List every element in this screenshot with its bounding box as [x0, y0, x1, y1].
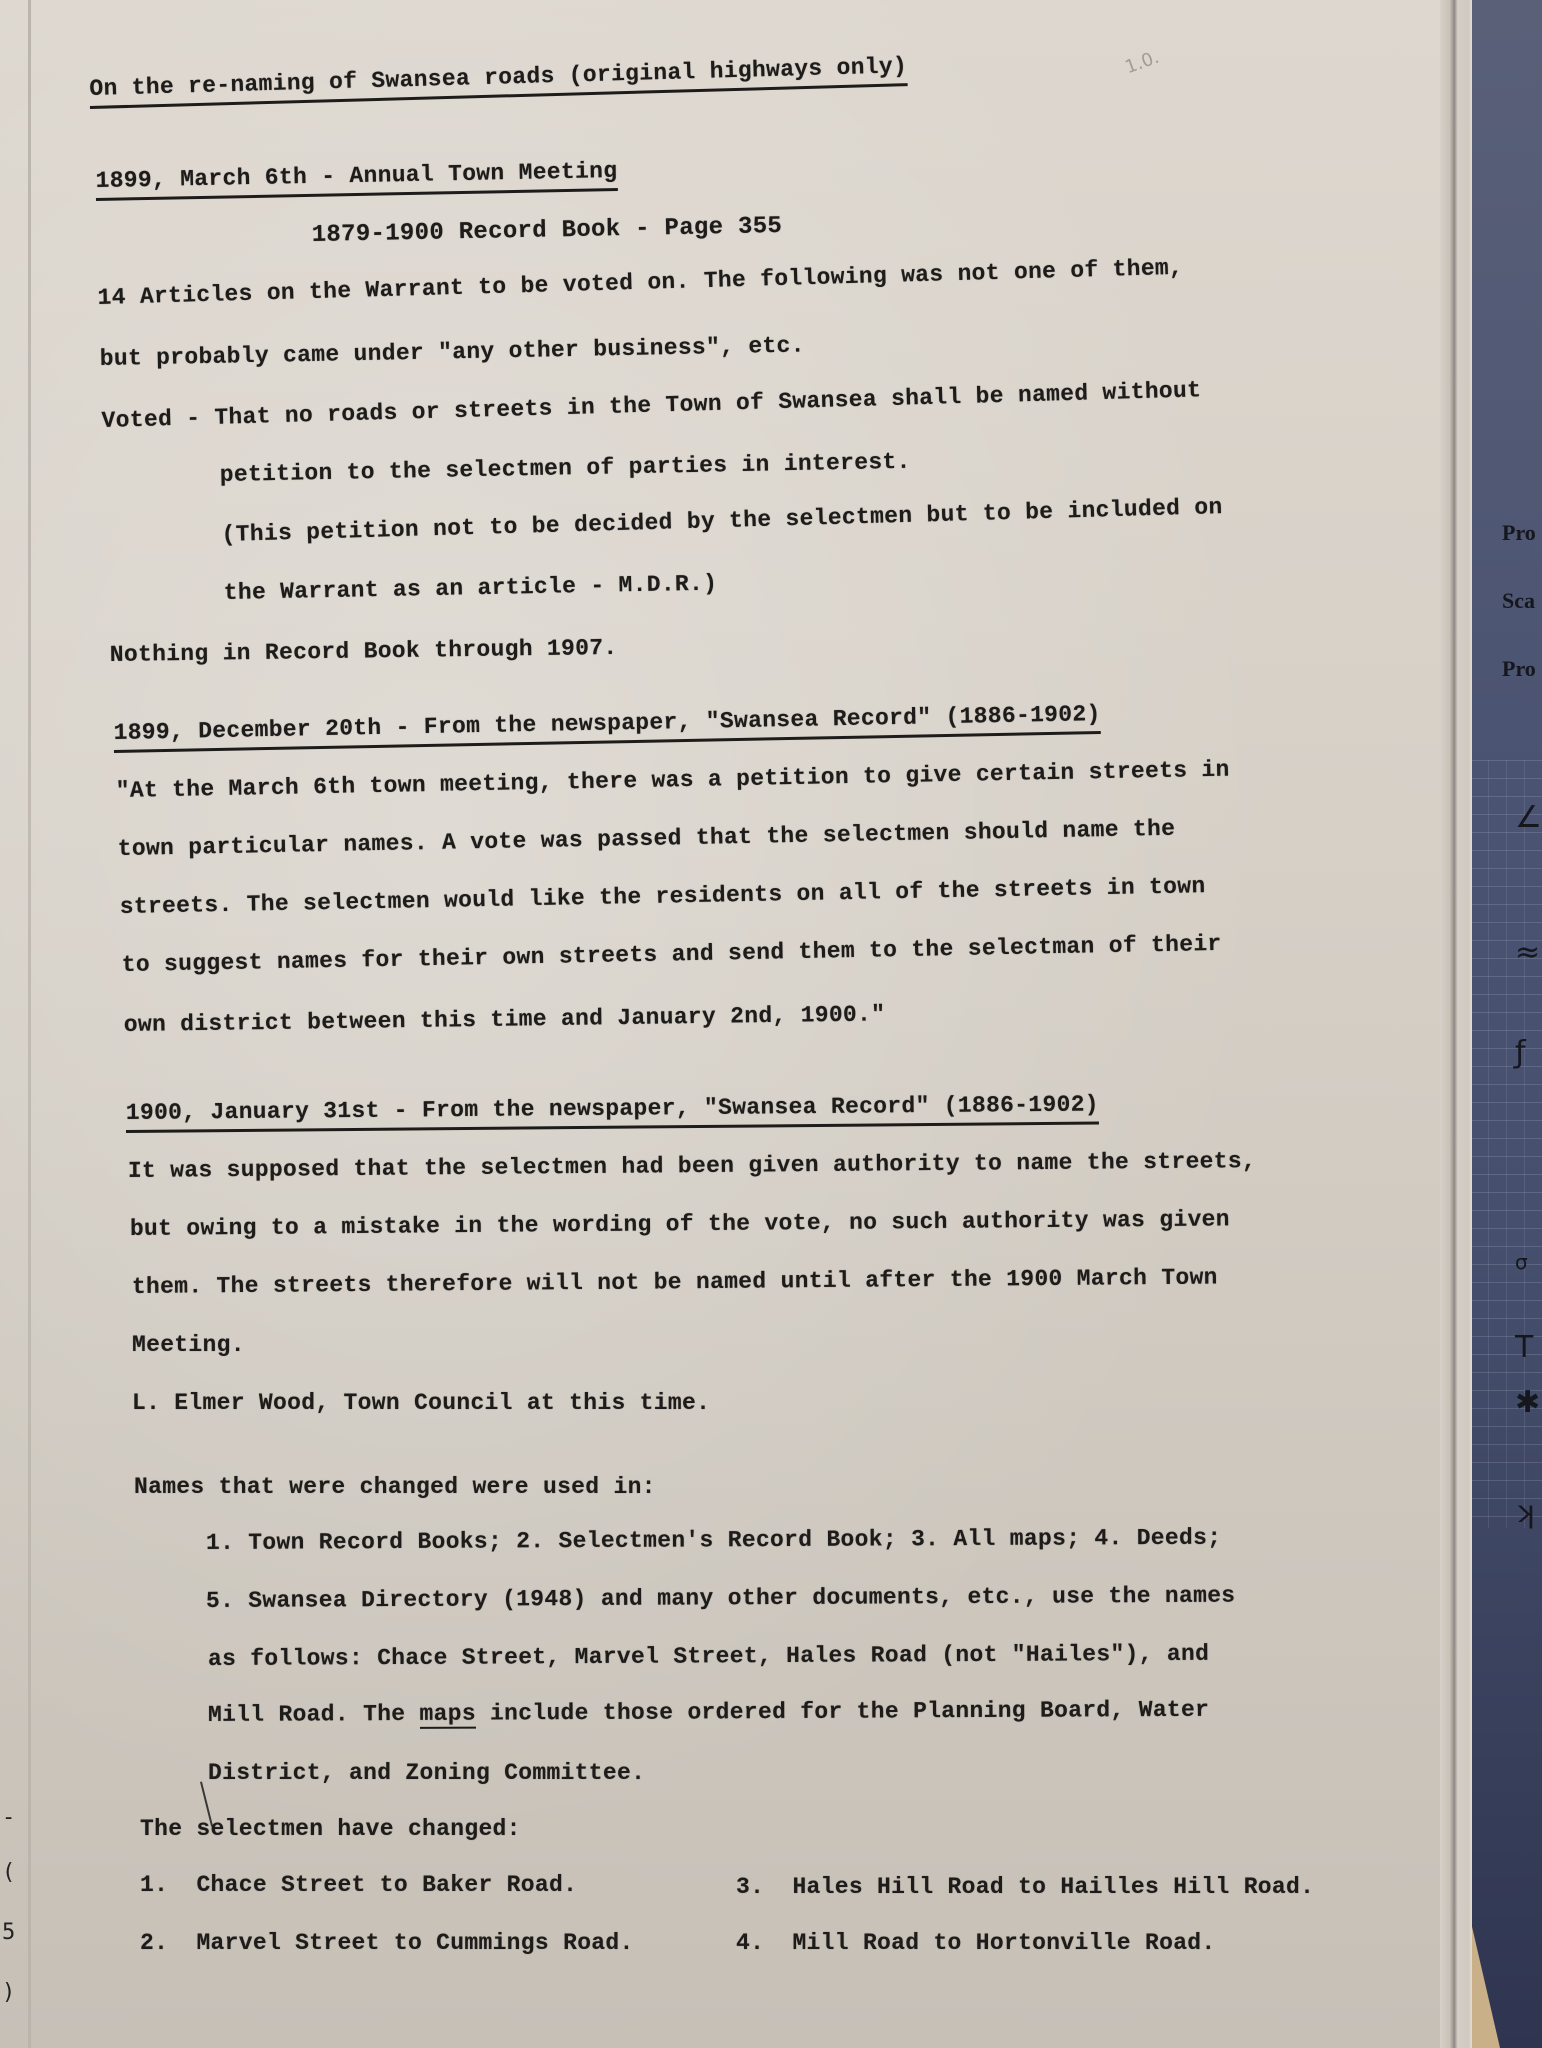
body-line: but probably came under "any other busin…: [100, 332, 805, 372]
maps-line-prefix: Mill Road. The: [208, 1701, 420, 1728]
change-text: Mill Road to Hortonville Road.: [792, 1930, 1215, 1956]
change-item: 4. Mill Road to Hortonville Road.: [736, 1930, 1216, 1956]
handwriting-mark: T: [1515, 1330, 1533, 1365]
side-label: Sca: [1502, 588, 1535, 614]
change-number: 2.: [140, 1930, 168, 1956]
change-text: Marvel Street to Cummings Road.: [196, 1930, 633, 1956]
side-label: Pro: [1502, 656, 1536, 682]
changes-intro: The selectmen have changed:: [140, 1816, 521, 1842]
page-crease: [28, 0, 31, 2048]
body-line: "At the March 6th town meeting, there wa…: [116, 757, 1230, 804]
maps-line-suffix: include those ordered for the Planning B…: [476, 1697, 1209, 1727]
section-heading: 1899, March 6th - Annual Town Meeting: [95, 158, 617, 201]
change-number: 3.: [736, 1874, 764, 1900]
handwriting-mark: ʞ: [1515, 1495, 1535, 1530]
handwriting-mark: ≈: [1515, 935, 1540, 970]
handwriting-mark: ✱: [1515, 1385, 1540, 1420]
change-item: 3. Hales Hill Road to Hailles Hill Road.: [736, 1874, 1314, 1900]
body-line: Meeting.: [132, 1332, 245, 1358]
handwriting-mark: σ: [1515, 1250, 1528, 1274]
body-line: 14 Articles on the Warrant to be voted o…: [97, 255, 1183, 311]
body-line: (This petition not to be decided by the …: [221, 494, 1223, 548]
margin-mark: ): [2, 1980, 15, 2005]
names-used-intro: Names that were changed were used in:: [134, 1474, 656, 1500]
body-line: L. Elmer Wood, Town Council at this time…: [132, 1390, 710, 1416]
section-subheading: 1879-1900 Record Book - Page 355: [311, 213, 782, 249]
body-line: 1. Town Record Books; 2. Selectmen's Rec…: [206, 1525, 1221, 1556]
document-title: On the re-naming of Swansea roads (origi…: [89, 53, 908, 109]
margin-mark: 5: [2, 1920, 15, 1945]
body-line: petition to the selectmen of parties in …: [220, 449, 911, 488]
body-line: Mill Road. The maps include those ordere…: [208, 1697, 1209, 1728]
body-line: but owing to a mistake in the wording of…: [130, 1206, 1230, 1242]
body-line: streets. The selectmen would like the re…: [120, 873, 1206, 920]
page-edge: [1440, 0, 1472, 2048]
document-page: - ( 5 ) 1.0. On the re-naming of Swansea…: [0, 0, 1440, 2048]
change-item: 2. Marvel Street to Cummings Road.: [140, 1930, 634, 1956]
tan-corner: [1470, 1918, 1500, 2048]
body-line: to suggest names for their own streets a…: [122, 931, 1222, 978]
side-label: Pro: [1502, 520, 1536, 546]
body-line: own district between this time and Janua…: [124, 1001, 886, 1038]
pencil-note: 1.0.: [1122, 47, 1161, 78]
section-heading: 1899, December 20th - From the newspaper…: [113, 701, 1101, 753]
maps-underlined-word: maps: [419, 1701, 476, 1729]
change-number: 1.: [140, 1872, 168, 1898]
margin-mark: -: [2, 1805, 15, 1830]
change-text: Chace Street to Baker Road.: [196, 1872, 577, 1898]
body-line: town particular names. A vote was passed…: [118, 816, 1176, 862]
margin-mark: (: [2, 1860, 15, 1885]
handwriting-mark: ∠: [1515, 800, 1542, 835]
body-line: 5. Swansea Directory (1948) and many oth…: [206, 1583, 1236, 1614]
change-item: 1. Chace Street to Baker Road.: [140, 1872, 577, 1898]
body-line: It was supposed that the selectmen had b…: [128, 1148, 1256, 1184]
body-line: Voted - That no roads or streets in the …: [101, 377, 1201, 434]
handwriting-mark: ƒ: [1515, 1035, 1526, 1070]
body-line: them. The streets therefore will not be …: [132, 1265, 1218, 1300]
body-line: District, and Zoning Committee.: [208, 1760, 645, 1786]
section-heading: 1900, January 31st - From the newspaper,…: [126, 1092, 1099, 1133]
body-line: as follows: Chace Street, Marvel Street,…: [208, 1641, 1209, 1672]
body-line: the Warrant as an article - M.D.R.): [224, 571, 718, 606]
background-surface: [1470, 0, 1542, 2048]
change-text: Hales Hill Road to Hailles Hill Road.: [792, 1874, 1314, 1900]
change-number: 4.: [736, 1930, 764, 1956]
body-line: Nothing in Record Book through 1907.: [110, 635, 618, 668]
